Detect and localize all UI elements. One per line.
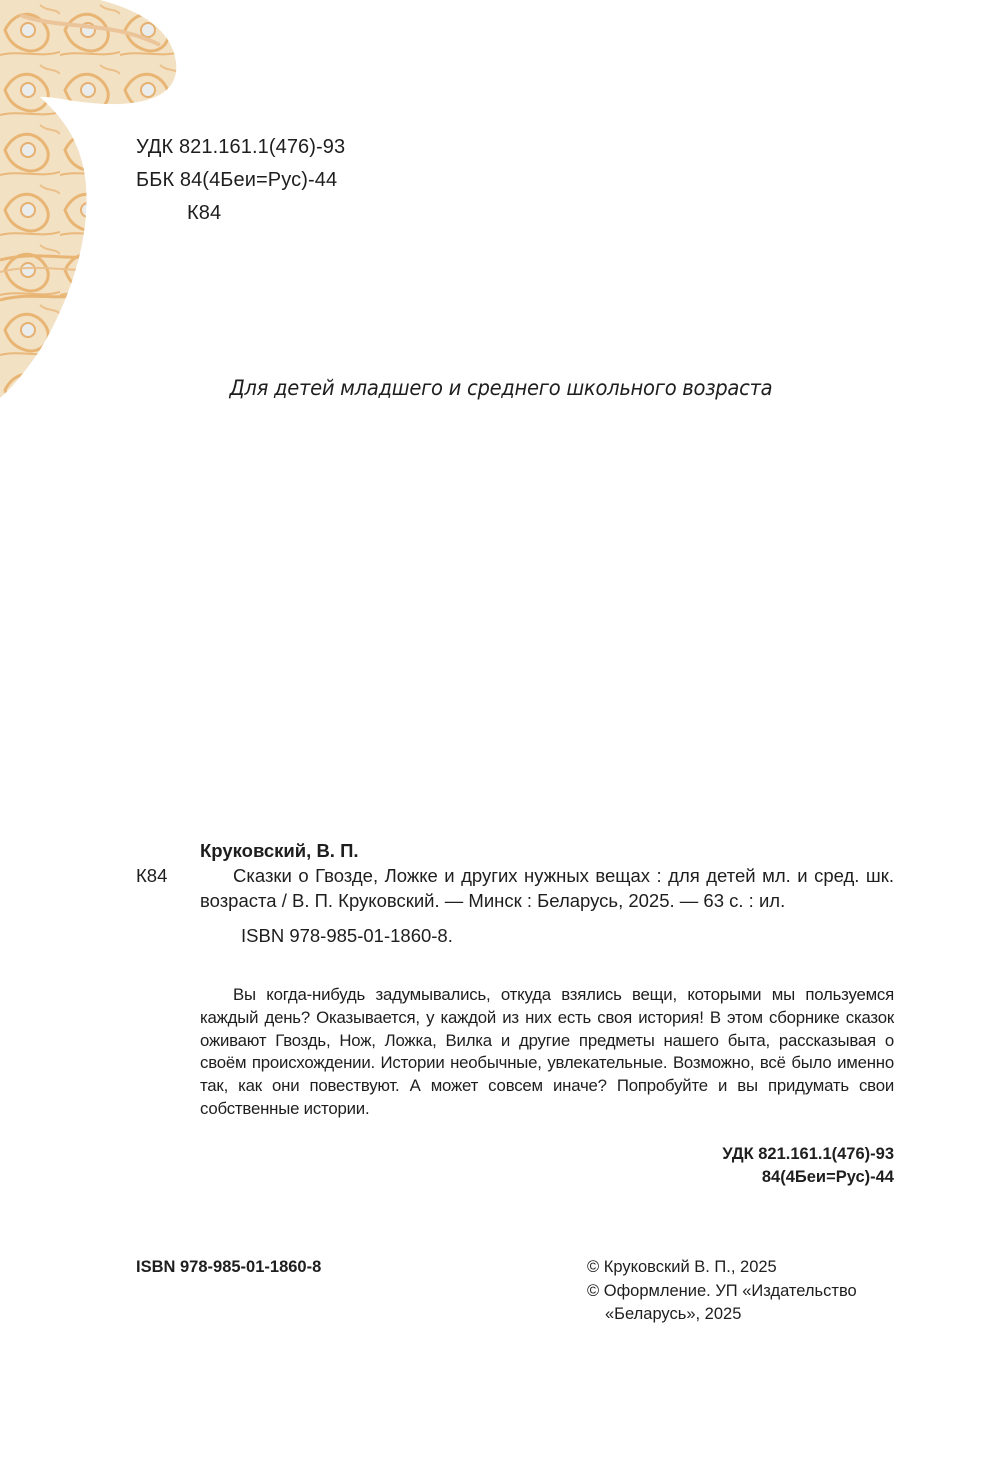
copyright-author: © Круковский В. П., 2025 (587, 1256, 907, 1280)
record-isbn: ISBN 978-985-01-1860-8. (200, 923, 894, 948)
copyright-block: © Круковский В. П., 2025 © Оформление. У… (587, 1256, 907, 1327)
copyright-design: © Оформление. УП «Издательство (587, 1280, 907, 1304)
audience-label: Для детей младшего и среднего школьного … (36, 376, 966, 400)
copyright-publisher: «Беларусь», 2025 (587, 1303, 907, 1327)
bbk-code: ББК 84(4Беи=Рус)-44 (136, 164, 345, 197)
annotation-text: Вы когда-нибудь задумывались, откуда взя… (200, 984, 894, 1121)
record-author-mark: К84 (136, 863, 167, 888)
udk-code: УДК 821.161.1(476)-93 (136, 131, 345, 164)
classification-footer: УДК 821.161.1(476)-93 84(4Беи=Рус)-44 (500, 1143, 894, 1189)
bibliographic-record: Круковский, В. П. Сказки о Гвозде, Ложке… (200, 838, 894, 948)
udk-code-bottom: УДК 821.161.1(476)-93 (500, 1143, 894, 1166)
record-description: Сказки о Гвозде, Ложке и других нужных в… (200, 863, 894, 913)
record-author: Круковский, В. П. (200, 838, 894, 863)
classification-header: УДК 821.161.1(476)-93 ББК 84(4Беи=Рус)-4… (136, 131, 345, 230)
isbn-footer: ISBN 978-985-01-1860-8 (136, 1256, 321, 1279)
bbk-code-bottom: 84(4Беи=Рус)-44 (500, 1166, 894, 1189)
author-mark: К84 (136, 197, 345, 230)
